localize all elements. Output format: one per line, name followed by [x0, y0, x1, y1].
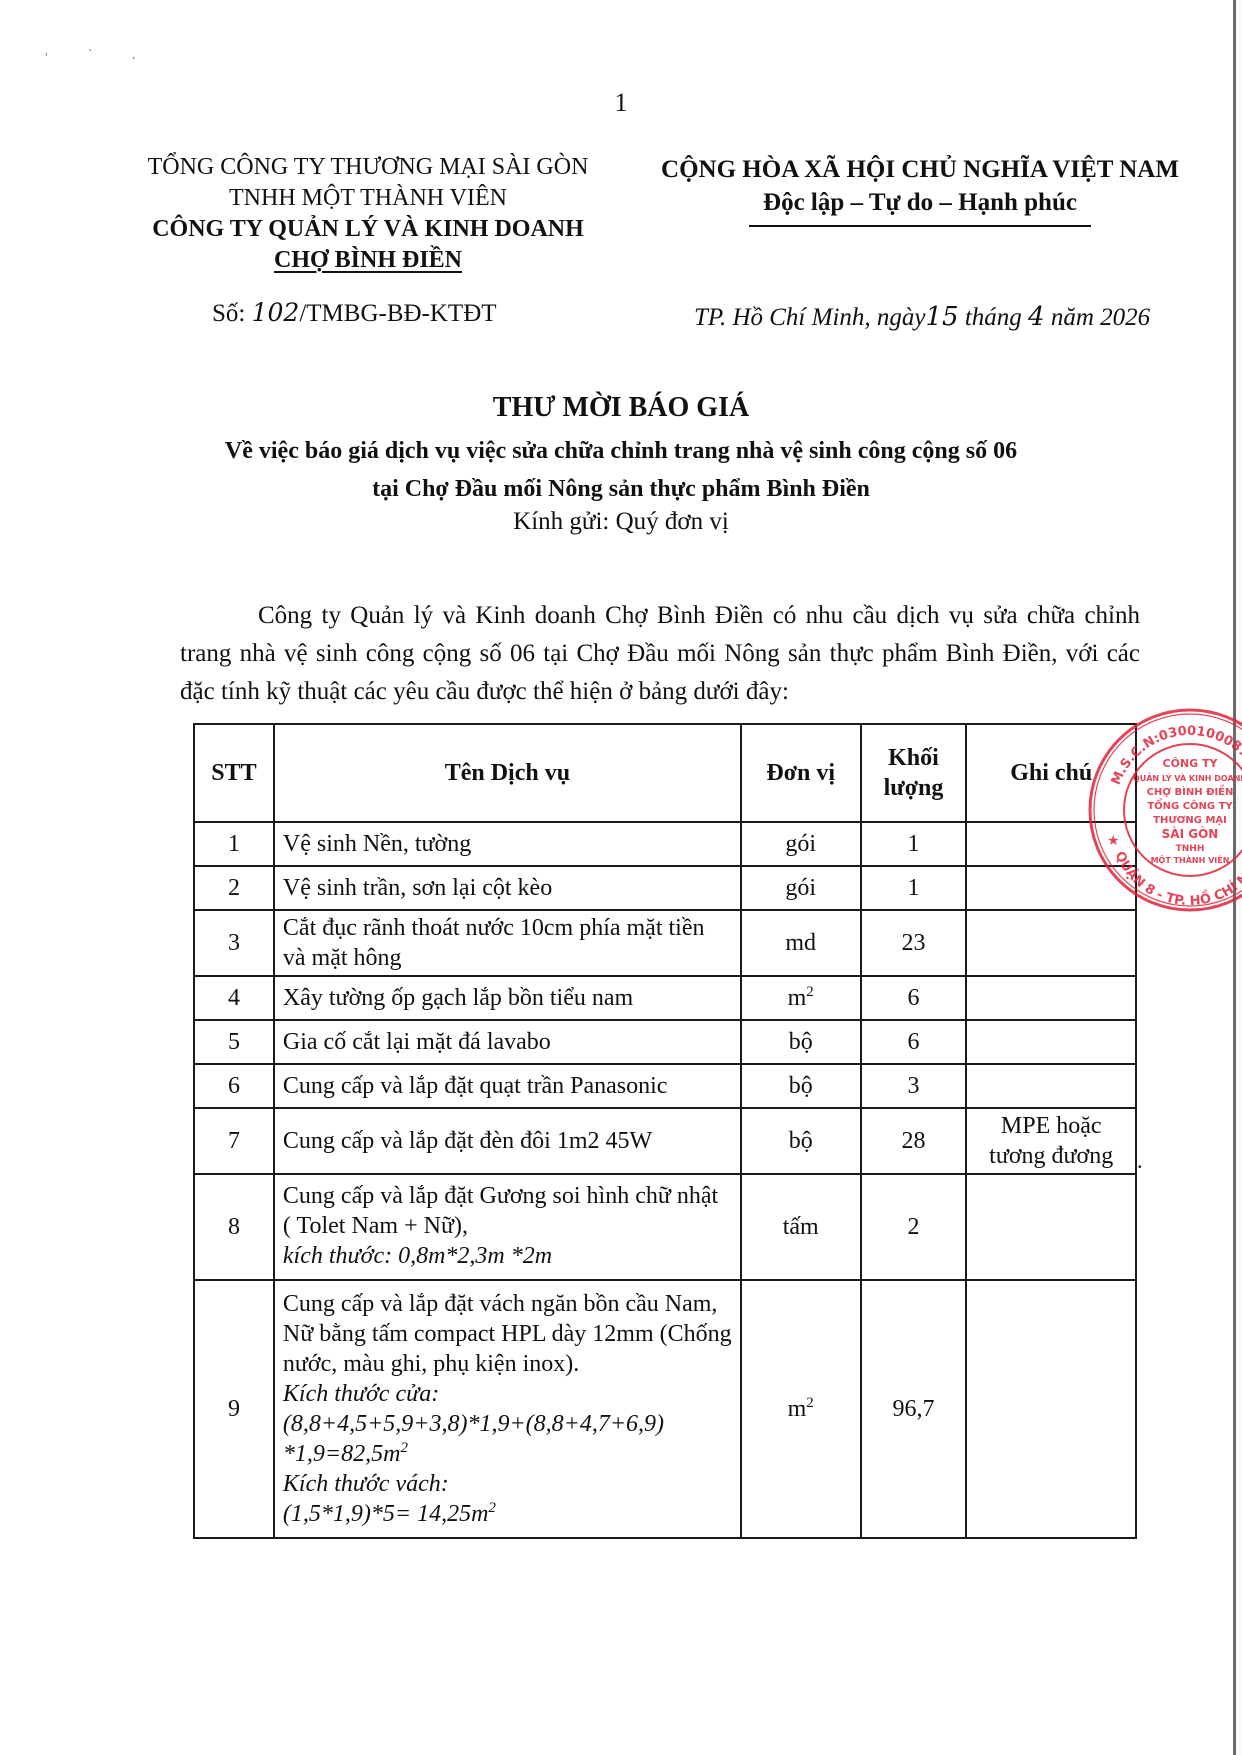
- date-line: TP. Hồ Chí Minh, ngày15 tháng 4 năm 2026: [694, 302, 1150, 332]
- date-day: 15: [926, 302, 959, 332]
- cell-unit: bộ: [741, 1064, 861, 1108]
- cell-unit: m2: [741, 976, 861, 1020]
- cell-stt: 9: [194, 1280, 274, 1538]
- company-name-line1: CÔNG TY QUẢN LÝ VÀ KINH DOANH: [128, 214, 608, 245]
- cell-name: Gia cố cắt lại mặt đá lavabo: [274, 1020, 741, 1064]
- cell-name: Cung cấp và lắp đặt Gương soi hình chữ n…: [274, 1174, 741, 1280]
- cell-qty: 1: [861, 822, 967, 866]
- svg-text:TNHH: TNHH: [1176, 844, 1205, 854]
- col-header-name: Tên Dịch vụ: [274, 724, 741, 822]
- svg-text:CÔNG TY: CÔNG TY: [1163, 757, 1219, 770]
- table-row: 9 Cung cấp và lắp đặt vách ngăn bồn cầu …: [194, 1280, 1136, 1538]
- cell-qty: 28: [861, 1108, 967, 1174]
- document-number: Số: 102/TMBG-BĐ-KTĐT: [212, 298, 497, 328]
- table-header-row: STT Tên Dịch vụ Đơn vị Khốilượng Ghi chú: [194, 724, 1136, 822]
- col-header-unit: Đơn vị: [741, 724, 861, 822]
- cell-note: MPE hoặctương đương: [966, 1108, 1136, 1174]
- cell-unit: md: [741, 910, 861, 976]
- parent-company-line2: TNHH MỘT THÀNH VIÊN: [128, 183, 608, 214]
- date-month: 4: [1028, 302, 1045, 332]
- nation-name: CỘNG HÒA XÃ HỘI CHỦ NGHĨA VIỆT NAM: [650, 153, 1190, 186]
- date-year: năm 2026: [1045, 304, 1151, 331]
- company-name-line2: CHỢ BÌNH ĐIỀN: [274, 247, 462, 273]
- date-month-label: tháng: [959, 304, 1028, 331]
- cell-qty: 6: [861, 976, 967, 1020]
- cell-stt: 1: [194, 822, 274, 866]
- scan-margin: [1236, 0, 1242, 1755]
- document-title: THƯ MỜI BÁO GIÁ: [0, 392, 1242, 424]
- cell-note: [966, 1280, 1136, 1538]
- cell-unit: bộ: [741, 1108, 861, 1174]
- col-header-stt: STT: [194, 724, 274, 822]
- services-table: STT Tên Dịch vụ Đơn vị Khốilượng Ghi chú…: [193, 723, 1137, 1539]
- cell-name: Cung cấp và lắp đặt đèn đôi 1m2 45W: [274, 1108, 741, 1174]
- cell-note: [966, 1174, 1136, 1280]
- table-row: 1 Vệ sinh Nền, tường gói 1: [194, 822, 1136, 866]
- issuer-header: TỔNG CÔNG TY THƯƠNG MẠI SÀI GÒN TNHH MỘT…: [128, 152, 608, 276]
- table-row: 5 Gia cố cắt lại mặt đá lavabo bộ 6: [194, 1020, 1136, 1064]
- cell-name: Vệ sinh Nền, tường: [274, 822, 741, 866]
- table-row: 4 Xây tường ốp gạch lắp bồn tiểu nam m2 …: [194, 976, 1136, 1020]
- cell-name: Vệ sinh trần, sơn lại cột kèo: [274, 866, 741, 910]
- cell-stt: 6: [194, 1064, 274, 1108]
- doc-number-prefix: Số:: [212, 300, 252, 327]
- col-header-note: Ghi chú: [966, 724, 1136, 822]
- cell-note: [966, 910, 1136, 976]
- table-row: 7 Cung cấp và lắp đặt đèn đôi 1m2 45W bộ…: [194, 1108, 1136, 1174]
- intro-text: Công ty Quản lý và Kinh doanh Chợ Bình Đ…: [180, 602, 1140, 705]
- cell-note: [966, 866, 1136, 910]
- doc-number-handwritten: 102: [252, 298, 300, 327]
- table-row: 3 Cắt đục rãnh thoát nước 10cm phía mặt …: [194, 910, 1136, 976]
- cell-qty: 96,7: [861, 1280, 967, 1538]
- cell-qty: 6: [861, 1020, 967, 1064]
- cell-unit: m2: [741, 1280, 861, 1538]
- cell-name: Cung cấp và lắp đặt quạt trần Panasonic: [274, 1064, 741, 1108]
- cell-name: Xây tường ốp gạch lắp bồn tiểu nam: [274, 976, 741, 1020]
- svg-text:SÀI GÒN: SÀI GÒN: [1162, 826, 1219, 841]
- table-row: 2 Vệ sinh trần, sơn lại cột kèo gói 1: [194, 866, 1136, 910]
- page-number: 1: [0, 88, 1242, 118]
- cell-stt: 8: [194, 1174, 274, 1280]
- national-motto: Độc lập – Tự do – Hạnh phúc: [749, 186, 1091, 227]
- cell-name: Cắt đục rãnh thoát nước 10cm phía mặt ti…: [274, 910, 741, 976]
- cell-qty: 2: [861, 1174, 967, 1280]
- cell-unit: gói: [741, 866, 861, 910]
- document-subject: Về việc báo giá dịch vụ việc sửa chữa ch…: [150, 432, 1092, 508]
- date-prefix: TP. Hồ Chí Minh, ngày: [694, 304, 926, 331]
- cell-stt: 3: [194, 910, 274, 976]
- intro-paragraph: Công ty Quản lý và Kinh doanh Chợ Bình Đ…: [180, 597, 1140, 711]
- svg-text:TỔNG CÔNG TY: TỔNG CÔNG TY: [1147, 797, 1233, 812]
- recipient: Kính gửi: Quý đơn vị: [0, 508, 1242, 536]
- svg-text:MỘT THÀNH VIÊN: MỘT THÀNH VIÊN: [1151, 854, 1230, 865]
- national-header: CỘNG HÒA XÃ HỘI CHỦ NGHĨA VIỆT NAM Độc l…: [650, 153, 1190, 227]
- stray-period: .: [1137, 1148, 1143, 1174]
- col-header-qty: Khốilượng: [861, 724, 967, 822]
- cell-note: [966, 1064, 1136, 1108]
- cell-name: Cung cấp và lắp đặt vách ngăn bồn cầu Na…: [274, 1280, 741, 1538]
- subject-line1: Về việc báo giá dịch vụ việc sửa chữa ch…: [150, 432, 1092, 470]
- table-row: 8 Cung cấp và lắp đặt Gương soi hình chữ…: [194, 1174, 1136, 1280]
- svg-text:THƯƠNG MẠI: THƯƠNG MẠI: [1153, 815, 1227, 826]
- svg-text:QUẢN LÝ VÀ KINH DOANH: QUẢN LÝ VÀ KINH DOANH: [1133, 772, 1242, 783]
- doc-number-suffix: /TMBG-BĐ-KTĐT: [299, 300, 496, 327]
- subject-line2: tại Chợ Đầu mối Nông sản thực phẩm Bình …: [150, 470, 1092, 508]
- cell-qty: 23: [861, 910, 967, 976]
- cell-note: [966, 822, 1136, 866]
- table-row: 6 Cung cấp và lắp đặt quạt trần Panasoni…: [194, 1064, 1136, 1108]
- scan-specks: ˒ ˑ ˌ: [44, 45, 154, 61]
- cell-unit: tấm: [741, 1174, 861, 1280]
- cell-note: [966, 1020, 1136, 1064]
- cell-stt: 5: [194, 1020, 274, 1064]
- svg-text:CHỢ BÌNH ĐIỀN: CHỢ BÌNH ĐIỀN: [1147, 784, 1234, 798]
- cell-unit: bộ: [741, 1020, 861, 1064]
- cell-unit: gói: [741, 822, 861, 866]
- cell-qty: 3: [861, 1064, 967, 1108]
- cell-stt: 4: [194, 976, 274, 1020]
- cell-note: [966, 976, 1136, 1020]
- parent-company-line1: TỔNG CÔNG TY THƯƠNG MẠI SÀI GÒN: [128, 152, 608, 183]
- cell-qty: 1: [861, 866, 967, 910]
- cell-stt: 7: [194, 1108, 274, 1174]
- cell-stt: 2: [194, 866, 274, 910]
